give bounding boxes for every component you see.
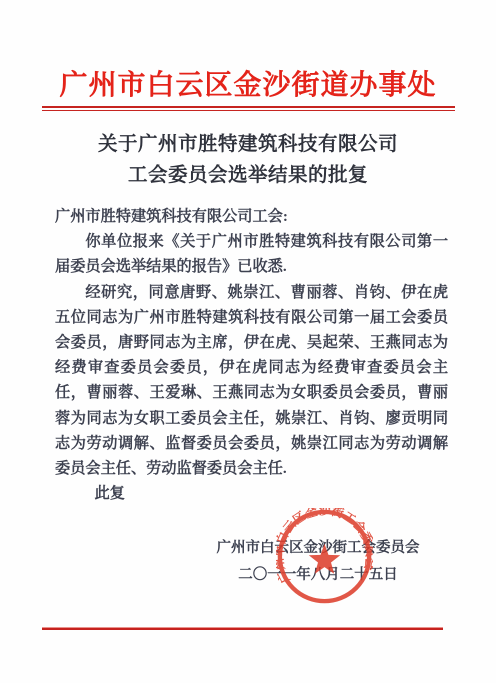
salutation: 广州市胜特建筑科技有限公司工会: bbox=[55, 204, 448, 229]
signature-date: 二〇一一年八月二十五日 bbox=[168, 562, 468, 589]
paragraph-approval: 经研究，同意唐野、姚崇江、曹丽蓉、肖钧、伊在虎五位同志为广州市胜特建筑科技有限公… bbox=[55, 280, 448, 482]
signature-org: 广州市白云区金沙街工会委员会 bbox=[168, 535, 468, 562]
signature-block: 广州市白云区金沙街工会委员会 二〇一一年八月二十五日 bbox=[168, 535, 468, 588]
document-body: 广州市胜特建筑科技有限公司工会: 你单位报来《关于广州市胜特建筑科技有限公司第一… bbox=[55, 204, 448, 506]
document-title: 关于广州市胜特建筑科技有限公司 工会委员会选举结果的批复 bbox=[0, 129, 496, 191]
scanned-document-page: 广州市白云区金沙街道办事处 关于广州市胜特建筑科技有限公司 工会委员会选举结果的… bbox=[0, 0, 496, 683]
letterhead-double-rule bbox=[42, 106, 455, 111]
paragraph-acknowledgement: 你单位报来《关于广州市胜特建筑科技有限公司第一届委员会选举结果的报告》已收悉. bbox=[55, 229, 448, 279]
document-title-line1: 关于广州市胜特建筑科技有限公司 bbox=[0, 129, 496, 160]
document-title-line2: 工会委员会选举结果的批复 bbox=[0, 160, 496, 191]
letterhead-org-title: 广州市白云区金沙街道办事处 bbox=[0, 63, 496, 103]
footer-rule bbox=[42, 627, 443, 630]
closing-phrase: 此复 bbox=[55, 481, 448, 506]
